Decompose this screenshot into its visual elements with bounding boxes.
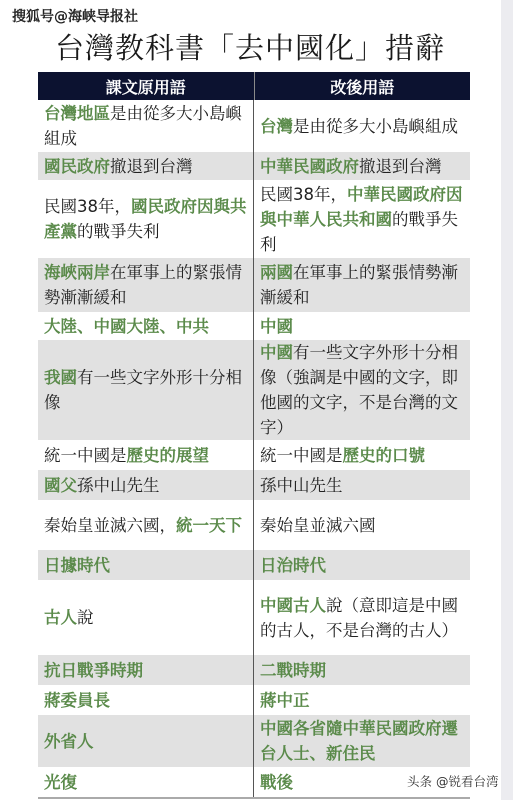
- highlighted-term: 抗日戰爭時期: [44, 661, 143, 680]
- highlighted-term: 統一天下: [176, 516, 242, 535]
- cell-original-term: 台灣地區是由從多大小島嶼組成: [38, 100, 254, 152]
- cell-original-term: 日據時代: [38, 550, 254, 580]
- highlighted-term: 蔣委員長: [44, 691, 110, 710]
- cell-text: 國民政府撤退到台灣: [44, 154, 193, 179]
- highlighted-term: 台灣: [260, 117, 293, 136]
- cell-text: 我國有一些文字外形十分相像: [44, 365, 248, 415]
- highlighted-term: 歷史的展望: [127, 446, 210, 465]
- cell-original-term: 大陸、中國大陸、中共: [38, 312, 254, 340]
- cell-text: 民國38年，中華民國政府因與中華人民共和國的戰爭失利: [260, 182, 465, 257]
- cell-text: 秦始皇並滅六國: [260, 513, 376, 538]
- cell-revised-term: 秦始皇並滅六國: [254, 500, 470, 550]
- header-original-terms: 課文原用語: [38, 72, 255, 100]
- highlighted-term: 國父: [44, 476, 77, 495]
- cell-revised-term: 中國: [254, 312, 470, 340]
- cell-original-term: 秦始皇並滅六國，統一天下: [38, 500, 254, 550]
- plain-text: 孫中山先生: [77, 476, 160, 495]
- plain-text: 秦始皇並滅六國，: [44, 516, 176, 535]
- watermark-top: 搜狐号@海峡导报社: [12, 6, 138, 26]
- header-revised-terms: 改後用語: [255, 72, 471, 100]
- cell-text: 兩國在軍事上的緊張情勢漸漸緩和: [260, 260, 465, 310]
- cell-revised-term: 蔣中正: [254, 685, 470, 715]
- highlighted-term: 海峽兩岸: [44, 263, 110, 282]
- table-body: 台灣地區是由從多大小島嶼組成台灣是由從多大小島嶼組成國民政府撤退到台灣中華民國政…: [38, 100, 470, 797]
- cell-text: 中華民國政府撤退到台灣: [260, 154, 442, 179]
- cell-text: 蔣委員長: [44, 688, 110, 713]
- table-header: 課文原用語 改後用語: [38, 72, 470, 100]
- cell-text: 台灣地區是由從多大小島嶼組成: [44, 101, 248, 151]
- table-row: 秦始皇並滅六國，統一天下秦始皇並滅六國: [38, 500, 470, 550]
- cell-original-term: 統一中國是歷史的展望: [38, 440, 254, 470]
- table-row: 古人說中國古人說（意即這是中國的古人，不是台灣的古人）: [38, 580, 470, 655]
- cell-original-term: 海峽兩岸在軍事上的緊張情勢漸漸緩和: [38, 258, 254, 312]
- cell-revised-term: 台灣是由從多大小島嶼組成: [254, 100, 470, 152]
- cell-original-term: 民國38年，國民政府因與共產黨的戰爭失利: [38, 180, 254, 258]
- table-row: 我國有一些文字外形十分相像中國有一些文字外形十分相像（強調是中國的文字，即他國的…: [38, 340, 470, 440]
- page-title: 台灣教科書「去中國化」措辭: [0, 26, 500, 67]
- cell-text: 秦始皇並滅六國，統一天下: [44, 513, 242, 538]
- cell-text: 抗日戰爭時期: [44, 658, 143, 683]
- cell-text: 戰後: [260, 770, 293, 795]
- plain-text: 孫中山先生: [260, 476, 343, 495]
- highlighted-term: 二戰時期: [260, 661, 326, 680]
- cell-original-term: 國民政府撤退到台灣: [38, 152, 254, 180]
- cell-revised-term: 民國38年，中華民國政府因與中華人民共和國的戰爭失利: [254, 180, 470, 258]
- cell-text: 二戰時期: [260, 658, 326, 683]
- cell-text: 中國有一些文字外形十分相像（強調是中國的文字，即他國的文字，不是台灣的文字）: [260, 340, 465, 440]
- cell-text: 中國各省隨中華民國政府遷台人士、新住民: [260, 716, 465, 766]
- cell-original-term: 光復: [38, 767, 254, 797]
- plain-text: 民國38年，: [260, 185, 347, 204]
- cell-revised-term: 孫中山先生: [254, 470, 470, 500]
- cell-original-term: 我國有一些文字外形十分相像: [38, 340, 254, 440]
- cell-revised-term: 兩國在軍事上的緊張情勢漸漸緩和: [254, 258, 470, 312]
- plain-text: 是由從多大小島嶼組成: [293, 117, 458, 136]
- cell-revised-term: 統一中國是歷史的口號: [254, 440, 470, 470]
- highlighted-term: 古人: [44, 608, 77, 627]
- table-row: 國父孫中山先生孫中山先生: [38, 470, 470, 500]
- cell-text: 中國: [260, 314, 293, 339]
- cell-revised-term: 日治時代: [254, 550, 470, 580]
- table-row: 統一中國是歷史的展望統一中國是歷史的口號: [38, 440, 470, 470]
- highlighted-term: 大陸、中國大陸、中共: [44, 317, 209, 336]
- cell-text: 日治時代: [260, 553, 326, 578]
- highlighted-term: 中華民國政府: [260, 157, 359, 176]
- highlighted-term: 蔣中正: [260, 691, 310, 710]
- cell-text: 統一中國是歷史的展望: [44, 443, 209, 468]
- table-row: 民國38年，國民政府因與共產黨的戰爭失利民國38年，中華民國政府因與中華人民共和…: [38, 180, 470, 258]
- plain-text: 的戰爭失利: [77, 222, 160, 241]
- highlighted-term: 戰後: [260, 773, 293, 792]
- table-bottom-border: [38, 797, 470, 799]
- plain-text: 統一中國是: [260, 446, 343, 465]
- cell-text: 海峽兩岸在軍事上的緊張情勢漸漸緩和: [44, 260, 248, 310]
- highlighted-term: 日據時代: [44, 556, 110, 575]
- plain-text: 民國38年，: [44, 197, 131, 216]
- table-row: 日據時代日治時代: [38, 550, 470, 580]
- highlighted-term: 中國古人: [260, 596, 326, 615]
- plain-text: 撤退到台灣: [110, 157, 193, 176]
- highlighted-term: 我國: [44, 368, 77, 387]
- highlighted-term: 台灣地區: [44, 104, 110, 123]
- highlighted-term: 中國各省隨中華民國政府遷台人士、新住民: [260, 719, 458, 763]
- cell-revised-term: 二戰時期: [254, 655, 470, 685]
- cell-text: 日據時代: [44, 553, 110, 578]
- comparison-table: 課文原用語 改後用語 台灣地區是由從多大小島嶼組成台灣是由從多大小島嶼組成國民政…: [38, 72, 470, 797]
- table-row: 海峽兩岸在軍事上的緊張情勢漸漸緩和兩國在軍事上的緊張情勢漸漸緩和: [38, 258, 470, 312]
- cell-text: 光復: [44, 770, 77, 795]
- highlighted-term: 國民政府: [44, 157, 110, 176]
- cell-text: 統一中國是歷史的口號: [260, 443, 425, 468]
- plain-text: 說: [77, 608, 94, 627]
- highlighted-term: 中國: [260, 317, 293, 336]
- table-row: 台灣地區是由從多大小島嶼組成台灣是由從多大小島嶼組成: [38, 100, 470, 152]
- cell-text: 台灣是由從多大小島嶼組成: [260, 114, 458, 139]
- table-row: 國民政府撤退到台灣中華民國政府撤退到台灣: [38, 152, 470, 180]
- cell-text: 民國38年，國民政府因與共產黨的戰爭失利: [44, 194, 248, 244]
- highlighted-term: 中國: [260, 343, 293, 362]
- scrollbar-track[interactable]: [501, 0, 513, 800]
- cell-text: 國父孫中山先生: [44, 473, 160, 498]
- cell-text: 古人說: [44, 605, 94, 630]
- cell-original-term: 抗日戰爭時期: [38, 655, 254, 685]
- table-row: 外省人中國各省隨中華民國政府遷台人士、新住民: [38, 715, 470, 767]
- table-row: 蔣委員長蔣中正: [38, 685, 470, 715]
- watermark-bottom: 头条 @锐看台湾: [405, 772, 500, 790]
- cell-text: 大陸、中國大陸、中共: [44, 314, 209, 339]
- highlighted-term: 外省人: [44, 732, 94, 751]
- cell-revised-term: 中華民國政府撤退到台灣: [254, 152, 470, 180]
- cell-original-term: 古人說: [38, 580, 254, 655]
- cell-text: 中國古人說（意即這是中國的古人，不是台灣的古人）: [260, 593, 465, 643]
- cell-revised-term: 中國有一些文字外形十分相像（強調是中國的文字，即他國的文字，不是台灣的文字）: [254, 340, 470, 440]
- cell-original-term: 蔣委員長: [38, 685, 254, 715]
- highlighted-term: 光復: [44, 773, 77, 792]
- cell-text: 蔣中正: [260, 688, 310, 713]
- cell-revised-term: 中國古人說（意即這是中國的古人，不是台灣的古人）: [254, 580, 470, 655]
- highlighted-term: 歷史的口號: [343, 446, 426, 465]
- cell-text: 外省人: [44, 729, 94, 754]
- cell-original-term: 外省人: [38, 715, 254, 767]
- cell-revised-term: 中國各省隨中華民國政府遷台人士、新住民: [254, 715, 470, 767]
- highlighted-term: 日治時代: [260, 556, 326, 575]
- table-row: 抗日戰爭時期二戰時期: [38, 655, 470, 685]
- plain-text: 統一中國是: [44, 446, 127, 465]
- highlighted-term: 兩國: [260, 263, 293, 282]
- plain-text: 秦始皇並滅六國: [260, 516, 376, 535]
- cell-text: 孫中山先生: [260, 473, 343, 498]
- table-row: 大陸、中國大陸、中共中國: [38, 312, 470, 340]
- plain-text: 撤退到台灣: [359, 157, 442, 176]
- cell-original-term: 國父孫中山先生: [38, 470, 254, 500]
